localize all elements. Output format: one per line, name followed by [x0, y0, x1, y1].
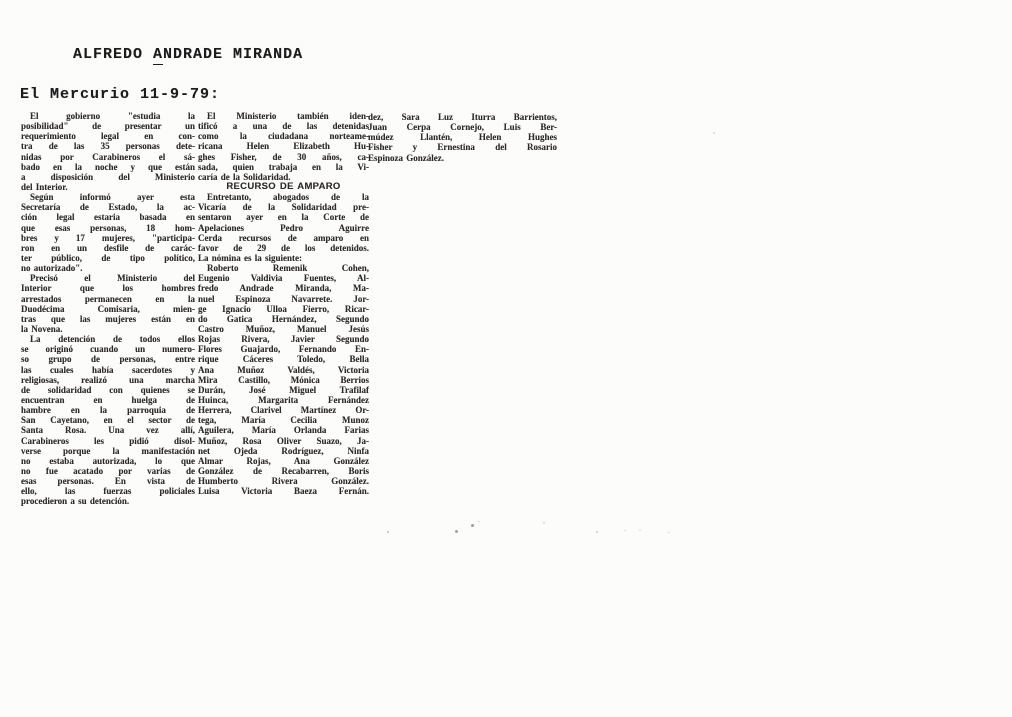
text-line: so grupo de personas, entre: [21, 354, 195, 364]
text-line: Luisa Victoria Baeza Fernán.: [198, 486, 369, 496]
text-line: no fue acatado por varias de: [21, 466, 195, 476]
text-line: La detención de todos ellos: [21, 334, 195, 344]
text-line: Espinoza González.: [368, 153, 557, 163]
text-line: Durán, José Miguel Trafilaf: [198, 385, 369, 395]
text-line: Rojas Rivera, Javier Segundo: [198, 334, 369, 344]
text-line: ción legal estaria basada en: [21, 212, 195, 222]
text-line: dez, Sara Luz Iturra Barrientos,: [368, 112, 557, 122]
text-line: rique Cáceres Toledo, Bella: [198, 354, 369, 364]
text-line: múdez Llantén, Helen Hughes: [368, 132, 557, 142]
text-line: Humberto Rivera González.: [198, 476, 369, 486]
text-line: Mira Castillo, Mónica Berrios: [198, 375, 369, 385]
text-line: caría de la Solidaridad.: [198, 172, 369, 182]
text-line: Vicaría de la Solidaridad pre-: [198, 202, 369, 212]
scan-speck: [387, 531, 389, 533]
text-line: ge Ignacio Ulloa Fierro, Ricar-: [198, 304, 369, 314]
text-line: Castro Muñoz, Manuel Jesús: [198, 324, 369, 334]
text-line: Muñoz, Rosa Oliver Suazo, Ja-: [198, 436, 369, 446]
text-line: ello, las fuerzas policiales: [21, 486, 195, 496]
text-line: procedieron a su detención.: [21, 496, 195, 506]
text-line: González de Recabarren, Boris: [198, 466, 369, 476]
text-line: tra de las 35 personas dete-: [21, 141, 195, 151]
text-line: Ana Muñoz Valdés, Victoria: [198, 365, 369, 375]
text-line: La nómina es la siguiente:: [198, 253, 369, 263]
scan-speck: [668, 532, 670, 533]
text-line: nidas por Carabineros el sá-: [21, 152, 195, 162]
text-line: El gobierno "estudia la: [21, 111, 195, 121]
text-line: Roberto Remenik Cohen,: [198, 263, 369, 273]
text-line: las cuales había sacerdotes y: [21, 365, 195, 375]
text-line: se originó cuando un numero-: [21, 344, 195, 354]
text-line: ron en un desfile de carác-: [21, 243, 195, 253]
text-line: Almar Rojas, Ana González: [198, 456, 369, 466]
text-line: la Novena.: [21, 324, 195, 334]
text-line: sada, quien trabaja en la Vi-: [198, 162, 369, 172]
text-line: encuentran en huelga de: [21, 395, 195, 405]
text-line: a disposición del Ministerio: [21, 172, 195, 182]
text-line: del Interior.: [21, 182, 195, 192]
text-line: Herrera, Clarivel Martínez Or-: [198, 405, 369, 415]
text-line: Eugenio Valdivia Fuentes, Al-: [198, 273, 369, 283]
article-column-3: dez, Sara Luz Iturra Barrientos,Juan Cer…: [368, 112, 557, 163]
text-line: bado en la noche y que están: [21, 162, 195, 172]
text-line: Flores Guajardo, Fernando En-: [198, 344, 369, 354]
title-part2: NDRADE MIRANDA: [163, 46, 303, 63]
scanned-document-page: ALFREDO ANDRADE MIRANDA El Mercurio 11-9…: [0, 0, 1012, 717]
article-column-2: El Ministerio también iden-tificó a una …: [198, 111, 369, 496]
text-line: Juan Cerpa Cornejo, Luis Ber-: [368, 122, 557, 132]
scan-speck: [639, 530, 641, 531]
text-line: no estaba autorizada, lo que: [21, 456, 195, 466]
text-line: que esas personas, 18 hom-: [21, 223, 195, 233]
text-line: religiosas, realizó una marcha: [21, 375, 195, 385]
title-underlined-letter: A: [153, 46, 163, 65]
text-line: verse porque la manifestación: [21, 446, 195, 456]
text-line: favor de 29 de los detenidos.: [198, 243, 369, 253]
text-line: nuel Espinoza Navarrete. Jor-: [198, 294, 369, 304]
text-line: sentaron ayer en la Corte de: [198, 212, 369, 222]
text-line: San Cayetano, en el sector de: [21, 415, 195, 425]
text-line: Duodécima Comisaria, mien-: [21, 304, 195, 314]
text-line: esas personas. En vista de: [21, 476, 195, 486]
text-line: ghes Fisher, de 30 años, ca-: [198, 152, 369, 162]
text-line: no autorizado".: [21, 263, 195, 273]
text-line: arrestados permanecen en la: [21, 294, 195, 304]
text-line: Entretanto, abogados de la: [198, 192, 369, 202]
text-line: tificó a una de las detenidas: [198, 121, 369, 131]
text-line: Secretaría de Estado, la ac-: [21, 202, 195, 212]
text-line: El Ministerio también iden-: [198, 111, 369, 121]
text-line: net Ojeda Rodríguez, Ninfa: [198, 446, 369, 456]
scan-speck: [596, 531, 598, 533]
article-column-1: El gobierno "estudia laposibilidad" de p…: [21, 111, 195, 506]
text-line: tras que las mujeres están en: [21, 314, 195, 324]
text-line: Fisher y Ernestina del Rosario: [368, 142, 557, 152]
scan-speck: [713, 132, 715, 134]
text-line: hambre en la parroquia de: [21, 405, 195, 415]
scan-speck: [455, 530, 458, 533]
text-line: Aguilera, María Orlanda Farias: [198, 425, 369, 435]
section-heading: RECURSO DE AMPARO: [198, 182, 369, 192]
document-title: ALFREDO ANDRADE MIRANDA: [33, 29, 303, 80]
text-line: Carabineros les pidió disol-: [21, 436, 195, 446]
text-line: Interior que los hombres: [21, 283, 195, 293]
text-line: requerimiento legal en con-: [21, 131, 195, 141]
text-line: posibilidad" de presentar un: [21, 121, 195, 131]
scan-speck: [478, 521, 480, 522]
text-line: fredo Andrade Miranda, Ma-: [198, 283, 369, 293]
text-line: ter público, de tipo político,: [21, 253, 195, 263]
text-line: Según informó ayer esta: [21, 192, 195, 202]
source-citation: El Mercurio 11-9-79:: [20, 86, 220, 103]
title-part1: ALFREDO: [73, 46, 153, 63]
text-line: do Gatica Hernández, Segundo: [198, 314, 369, 324]
text-line: ricana Helen Elizabeth Hu-: [198, 141, 369, 151]
scan-speck: [624, 530, 626, 531]
scan-speck: [471, 524, 474, 527]
text-line: Santa Rosa. Una vez allí,: [21, 425, 195, 435]
text-line: como la ciudadana norteame-: [198, 131, 369, 141]
text-line: tega, María Cecilia Munoz: [198, 415, 369, 425]
text-line: bres y 17 mujeres, "participa-: [21, 233, 195, 243]
text-line: Precisó el Ministerio del: [21, 273, 195, 283]
text-line: Huinca, Margarita Fernández: [198, 395, 369, 405]
text-line: de solidaridad con quienes se: [21, 385, 195, 395]
text-line: Cerda recursos de amparo en: [198, 233, 369, 243]
text-line: Apelaciones Pedro Aguirre: [198, 223, 369, 233]
scan-speck: [543, 522, 545, 524]
